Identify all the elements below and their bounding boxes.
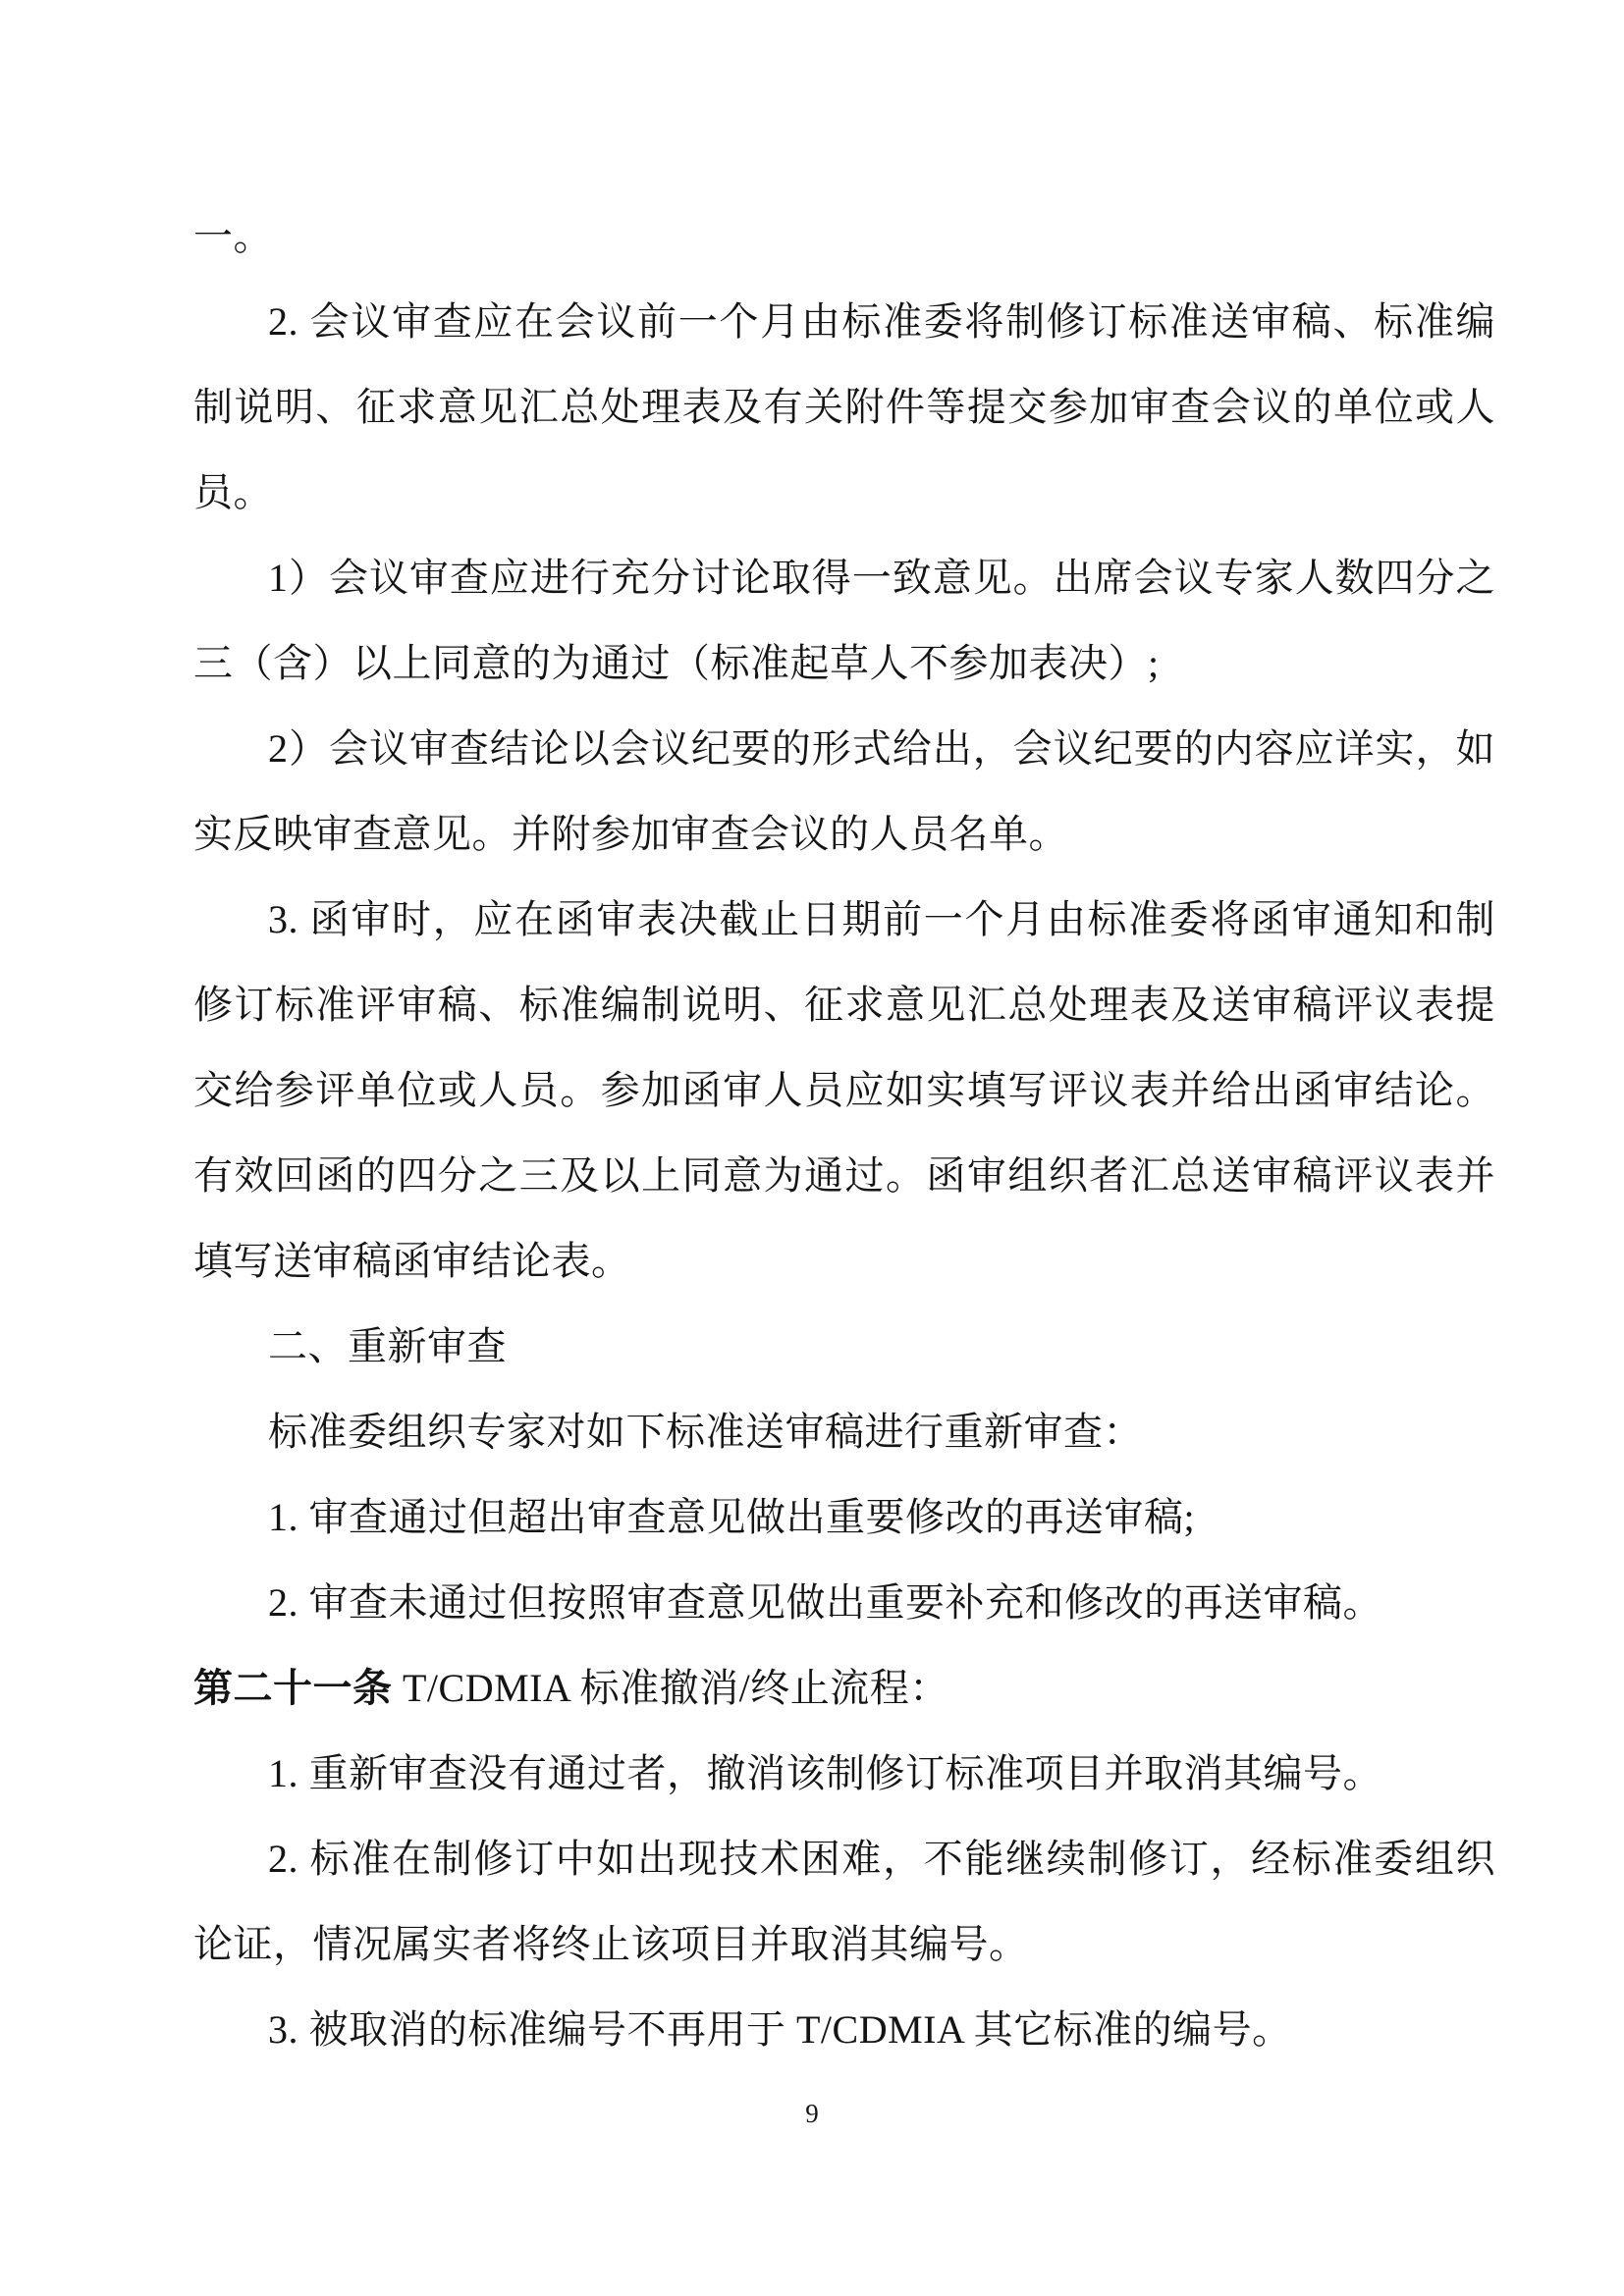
- line-text: 员。: [193, 470, 273, 514]
- text-line: 填写送审稿函审结论表。: [193, 1218, 1495, 1304]
- text-line: 交给参评单位或人员。参加函审人员应如实填写评议表并给出函审结论。: [193, 1047, 1495, 1133]
- line-text: 三（含）以上同意的为通过（标准起草人不参加表决）;: [193, 641, 1160, 685]
- text-line: 员。: [193, 450, 1495, 535]
- line-text: 2. 标准在制修订中如出现技术困难，不能继续制修订，经标准委组织: [268, 1837, 1495, 1881]
- line-text: 有效回函的四分之三及以上同意为通过。函审组织者汇总送审稿评议表并: [193, 1153, 1495, 1198]
- line-text: 制说明、征求意见汇总处理表及有关附件等提交参加审查会议的单位或人: [193, 385, 1495, 429]
- line-text: 3. 函审时，应在函审表决截止日期前一个月由标准委将函审通知和制: [268, 897, 1495, 941]
- text-body: 一。 2. 会议审查应在会议前一个月由标准委将制修订标准送审稿、标准编 制说明、…: [193, 193, 1495, 2072]
- document-page: 一。 2. 会议审查应在会议前一个月由标准委将制修订标准送审稿、标准编 制说明、…: [0, 0, 1624, 2296]
- line-text: 2. 会议审查应在会议前一个月由标准委将制修订标准送审稿、标准编: [268, 299, 1495, 344]
- text-line: 二、重新审查: [193, 1304, 1495, 1389]
- line-text: 2）会议审查结论以会议纪要的形式给出，会议纪要的内容应详实，如: [268, 726, 1495, 771]
- line-text: 填写送审稿函审结论表。: [193, 1239, 631, 1283]
- line-text: 一。: [193, 214, 273, 258]
- text-line: 标准委组织专家对如下标准送审稿进行重新审查：: [193, 1389, 1495, 1474]
- text-line: 一。: [193, 193, 1495, 279]
- line-text: 1. 审查通过但超出审查意见做出重要修改的再送审稿;: [268, 1495, 1195, 1539]
- text-line: 2. 审查未通过但按照审查意见做出重要补充和修改的再送审稿。: [193, 1560, 1495, 1645]
- line-text: 实反映审查意见。并附参加审查会议的人员名单。: [193, 812, 1068, 856]
- text-line: 修订标准评审稿、标准编制说明、征求意见汇总处理表及送审稿评议表提: [193, 962, 1495, 1047]
- text-line: 3. 函审时，应在函审表决截止日期前一个月由标准委将函审通知和制: [193, 877, 1495, 962]
- article-heading: 第二十一条 T/CDMIA 标准撤消/终止流程：: [193, 1645, 1495, 1731]
- text-line: 制说明、征求意见汇总处理表及有关附件等提交参加审查会议的单位或人: [193, 364, 1495, 450]
- page-number: 9: [0, 2099, 1624, 2128]
- line-text: 1. 重新审查没有通过者，撤消该制修订标准项目并取消其编号。: [268, 1751, 1382, 1795]
- text-line: 实反映审查意见。并附参加审查会议的人员名单。: [193, 791, 1495, 877]
- text-line: 3. 被取消的标准编号不再用于 T/CDMIA 其它标准的编号。: [193, 1987, 1495, 2072]
- article-number: 第二十一条: [193, 1666, 393, 1710]
- text-line: 2. 标准在制修订中如出现技术困难，不能继续制修订，经标准委组织: [193, 1816, 1495, 1901]
- text-line: 论证，情况属实者将终止该项目并取消其编号。: [193, 1901, 1495, 1987]
- text-line: 1. 重新审查没有通过者，撤消该制修订标准项目并取消其编号。: [193, 1731, 1495, 1816]
- line-text: 交给参评单位或人员。参加函审人员应如实填写评议表并给出函审结论。: [193, 1068, 1495, 1112]
- article-title: T/CDMIA 标准撤消/终止流程：: [393, 1666, 949, 1710]
- text-line: 1）会议审查应进行充分讨论取得一致意见。出席会议专家人数四分之: [193, 535, 1495, 620]
- line-text: 论证，情况属实者将终止该项目并取消其编号。: [193, 1922, 1029, 1966]
- text-line: 2）会议审查结论以会议纪要的形式给出，会议纪要的内容应详实，如: [193, 706, 1495, 791]
- text-line: 三（含）以上同意的为通过（标准起草人不参加表决）;: [193, 620, 1495, 706]
- line-text: 1）会议审查应进行充分讨论取得一致意见。出席会议专家人数四分之: [268, 556, 1495, 600]
- line-text: 3. 被取消的标准编号不再用于 T/CDMIA 其它标准的编号。: [268, 2007, 1292, 2052]
- text-line: 2. 会议审查应在会议前一个月由标准委将制修订标准送审稿、标准编: [193, 279, 1495, 364]
- line-text: 2. 审查未通过但按照审查意见做出重要补充和修改的再送审稿。: [268, 1580, 1382, 1625]
- line-text: 修订标准评审稿、标准编制说明、征求意见汇总处理表及送审稿评议表提: [193, 983, 1495, 1027]
- line-text: 标准委组织专家对如下标准送审稿进行重新审查：: [268, 1410, 1143, 1454]
- text-line: 有效回函的四分之三及以上同意为通过。函审组织者汇总送审稿评议表并: [193, 1133, 1495, 1218]
- line-text: 二、重新审查: [268, 1324, 507, 1368]
- text-line: 1. 审查通过但超出审查意见做出重要修改的再送审稿;: [193, 1474, 1495, 1560]
